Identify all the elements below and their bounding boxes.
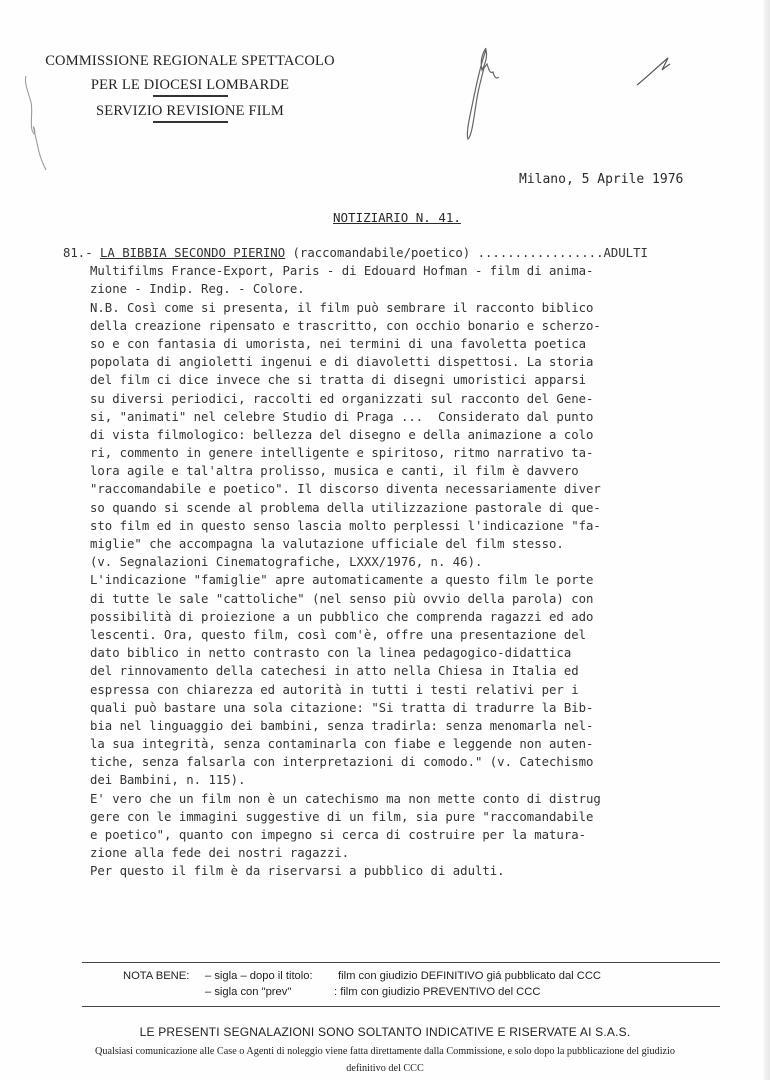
entry-line: dei Bambini, n. 115). — [63, 771, 743, 789]
entry-line: della creazione ripensato e trascritto, … — [63, 317, 743, 335]
handwritten-initials-icon — [460, 46, 520, 146]
entry-line: ri, commento in genere intelligente e sp… — [63, 444, 743, 462]
entry-line: N.B. Così come si presenta, il film può … — [63, 299, 743, 317]
entry-line: tiche, senza falsarla con interpretazion… — [63, 753, 743, 771]
nota-bene-label: NOTA BENE: — [123, 970, 189, 982]
letterhead-line-2: PER LE DIOCESI LOMBARDE — [45, 73, 335, 97]
bulletin-title: NOTIZIARIO N. 41. — [333, 210, 461, 225]
footer-detail: Qualsiasi comunicazione alle Case o Agen… — [20, 1043, 750, 1077]
entry-line: so quando si scende al problema della ut… — [63, 499, 743, 517]
letterhead-line-3: SERVIZIO REVISIONE FILM — [45, 99, 335, 123]
handwritten-tick-icon — [634, 52, 674, 88]
entry-line: zione - Indip. Reg. - Colore. — [63, 280, 743, 298]
entry-line: Multifilms France-Export, Paris - di Edo… — [63, 262, 743, 280]
entry-line: "raccomandabile e poetico". Il discorso … — [63, 480, 743, 498]
nota-bene-row2-key: – sigla con "prev" — [205, 986, 291, 998]
entry-line: di vista filmologico: bellezza del diseg… — [63, 426, 743, 444]
film-rating: (raccomandabile/poetico) ...............… — [285, 246, 648, 260]
entry-line: e poetico", quanto con impegno si cerca … — [63, 826, 743, 844]
nota-bene-row1-key: – sigla – dopo il titolo: — [205, 970, 313, 982]
film-title: LA BIBBIA SECONDO PIERINO — [100, 246, 285, 260]
entry-line: popolata di angioletti ingenui e di diav… — [63, 353, 743, 371]
entry-line: sto film ed in questo senso lascia molto… — [63, 517, 743, 535]
document-date: Milano, 5 Aprile 1976 — [519, 172, 683, 187]
entry-line: la sua integrità, senza contaminarla con… — [63, 735, 743, 753]
entry-line: Per questo il film è da riservarsi a pub… — [63, 862, 743, 880]
entry-number: 81.- — [63, 246, 100, 260]
entry-line: possibilità di proiezione a un pubblico … — [63, 608, 743, 626]
nota-bene-row1-value: film con giudizio DEFINITIVO giá pubblic… — [338, 970, 601, 982]
entry-line: lescenti. Ora, questo film, così com'è, … — [63, 626, 743, 644]
film-entry: 81.- LA BIBBIA SECONDO PIERINO (raccoman… — [63, 244, 743, 881]
entry-line: quali può bastare una sola citazione: "S… — [63, 699, 743, 717]
entry-line: (v. Segnalazioni Cinematografiche, LXXX/… — [63, 553, 743, 571]
entry-line: dato biblico in netto contrasto con la l… — [63, 644, 743, 662]
footer-notice: LE PRESENTI SEGNALAZIONI SONO SOLTANTO I… — [0, 1025, 770, 1039]
footer-detail-line-2: definitivo del CCC — [20, 1060, 750, 1077]
entry-line: zione alla fede dei nostri ragazzi. — [63, 844, 743, 862]
entry-line: so e con fantasia di umorista, nei termi… — [63, 335, 743, 353]
footer-detail-line-1: Qualsiasi comunicazione alle Case o Agen… — [20, 1043, 750, 1060]
entry-heading: 81.- LA BIBBIA SECONDO PIERINO (raccoman… — [63, 244, 743, 262]
entry-line: E' vero che un film non è un catechismo … — [63, 790, 743, 808]
entry-line: su diversi periodici, raccolti ed organi… — [63, 390, 743, 408]
entry-line: gere con le immagini suggestive di un fi… — [63, 808, 743, 826]
nota-bene-row2-value: : film con giudizio PREVENTIVO del CCC — [334, 986, 540, 998]
nota-bene-box: NOTA BENE: – sigla – dopo il titolo: fil… — [82, 962, 720, 1007]
entry-line: bia nel linguaggio dei bambini, senza tr… — [63, 717, 743, 735]
entry-line: di tutte le sale "cattoliche" (nel senso… — [63, 590, 743, 608]
entry-line: lora agile e tal'altra prolisso, musica … — [63, 462, 743, 480]
letterhead-line-1: COMMISSIONE REGIONALE SPETTACOLO — [45, 49, 335, 73]
entry-line: del film ci dice invece che si tratta di… — [63, 371, 743, 389]
letterhead: COMMISSIONE REGIONALE SPETTACOLO PER LE … — [45, 49, 335, 123]
entry-line: L'indicazione "famiglie" apre automatica… — [63, 571, 743, 589]
entry-line: del rinnovamento della catechesi in atto… — [63, 662, 743, 680]
entry-line: espressa con chiarezza ed autorità in tu… — [63, 681, 743, 699]
entry-line: si, "animati" nel celebre Studio di Prag… — [63, 408, 743, 426]
handwritten-mark-left-icon — [22, 72, 52, 172]
page-edge-shadow — [764, 0, 770, 1080]
entry-line: miglie" che accompagna la valutazione uf… — [63, 535, 743, 553]
document-page: COMMISSIONE REGIONALE SPETTACOLO PER LE … — [0, 0, 770, 1080]
